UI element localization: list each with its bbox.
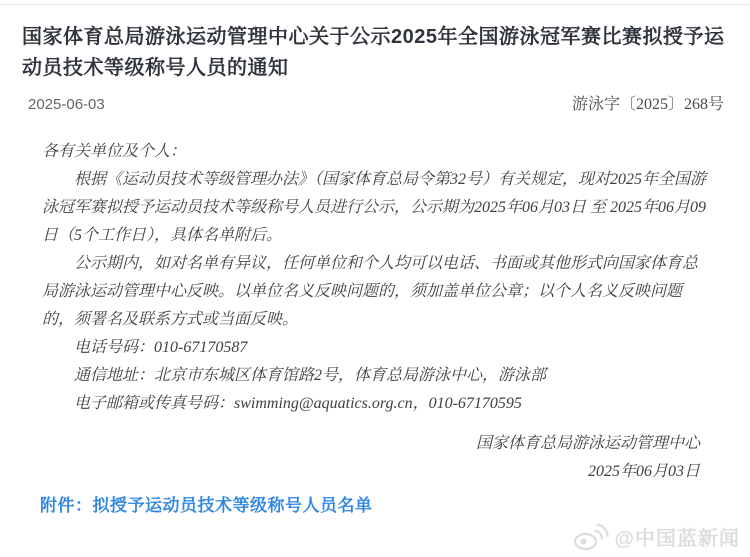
salutation: 各有关单位及个人： [42, 138, 712, 166]
top-divider [0, 4, 750, 5]
contact-phone: 电话号码：010-67170587 [42, 334, 712, 362]
signature-org: 国家体育总局游泳运动管理中心 [42, 430, 700, 458]
notice-body: 各有关单位及个人： 根据《运动员技术等级管理办法》（国家体育总局令第32号）有关… [42, 138, 712, 486]
signature-date: 2025年06月03日 [42, 458, 700, 486]
paragraph-objection: 公示期内，如对名单有异议，任何单位和个人均可以电话、书面或其他形式向国家体育总局… [42, 250, 712, 334]
attachment-row: 附件：拟授予运动员技术等级称号人员名单 [40, 491, 373, 516]
attachment-link[interactable]: 拟授予运动员技术等级称号人员名单 [93, 496, 373, 515]
publish-date: 2025-06-03 [28, 96, 105, 113]
document-number: 游泳字〔2025〕268号 [572, 91, 724, 114]
weibo-logo-icon [573, 521, 609, 551]
contact-email-fax: 电子邮箱或传真号码：swimming@aquatics.org.cn，010-6… [42, 390, 712, 418]
paragraph-basis: 根据《运动员技术等级管理办法》（国家体育总局令第32号）有关规定，现对2025年… [42, 166, 712, 250]
page-title: 国家体育总局游泳运动管理中心关于公示2025年全国游泳冠军赛比赛拟授予运动员技术… [22, 22, 728, 84]
attachment-label: 附件： [40, 496, 93, 515]
meta-row: 2025-06-03 游泳字〔2025〕268号 [28, 91, 724, 114]
contact-address: 通信地址：北京市东城区体育馆路2号，体育总局游泳中心，游泳部 [42, 362, 712, 390]
watermark-text: @中国蓝新闻 [614, 522, 740, 551]
watermark: @中国蓝新闻 [573, 521, 740, 551]
signature-block: 国家体育总局游泳运动管理中心 2025年06月03日 [42, 430, 712, 486]
